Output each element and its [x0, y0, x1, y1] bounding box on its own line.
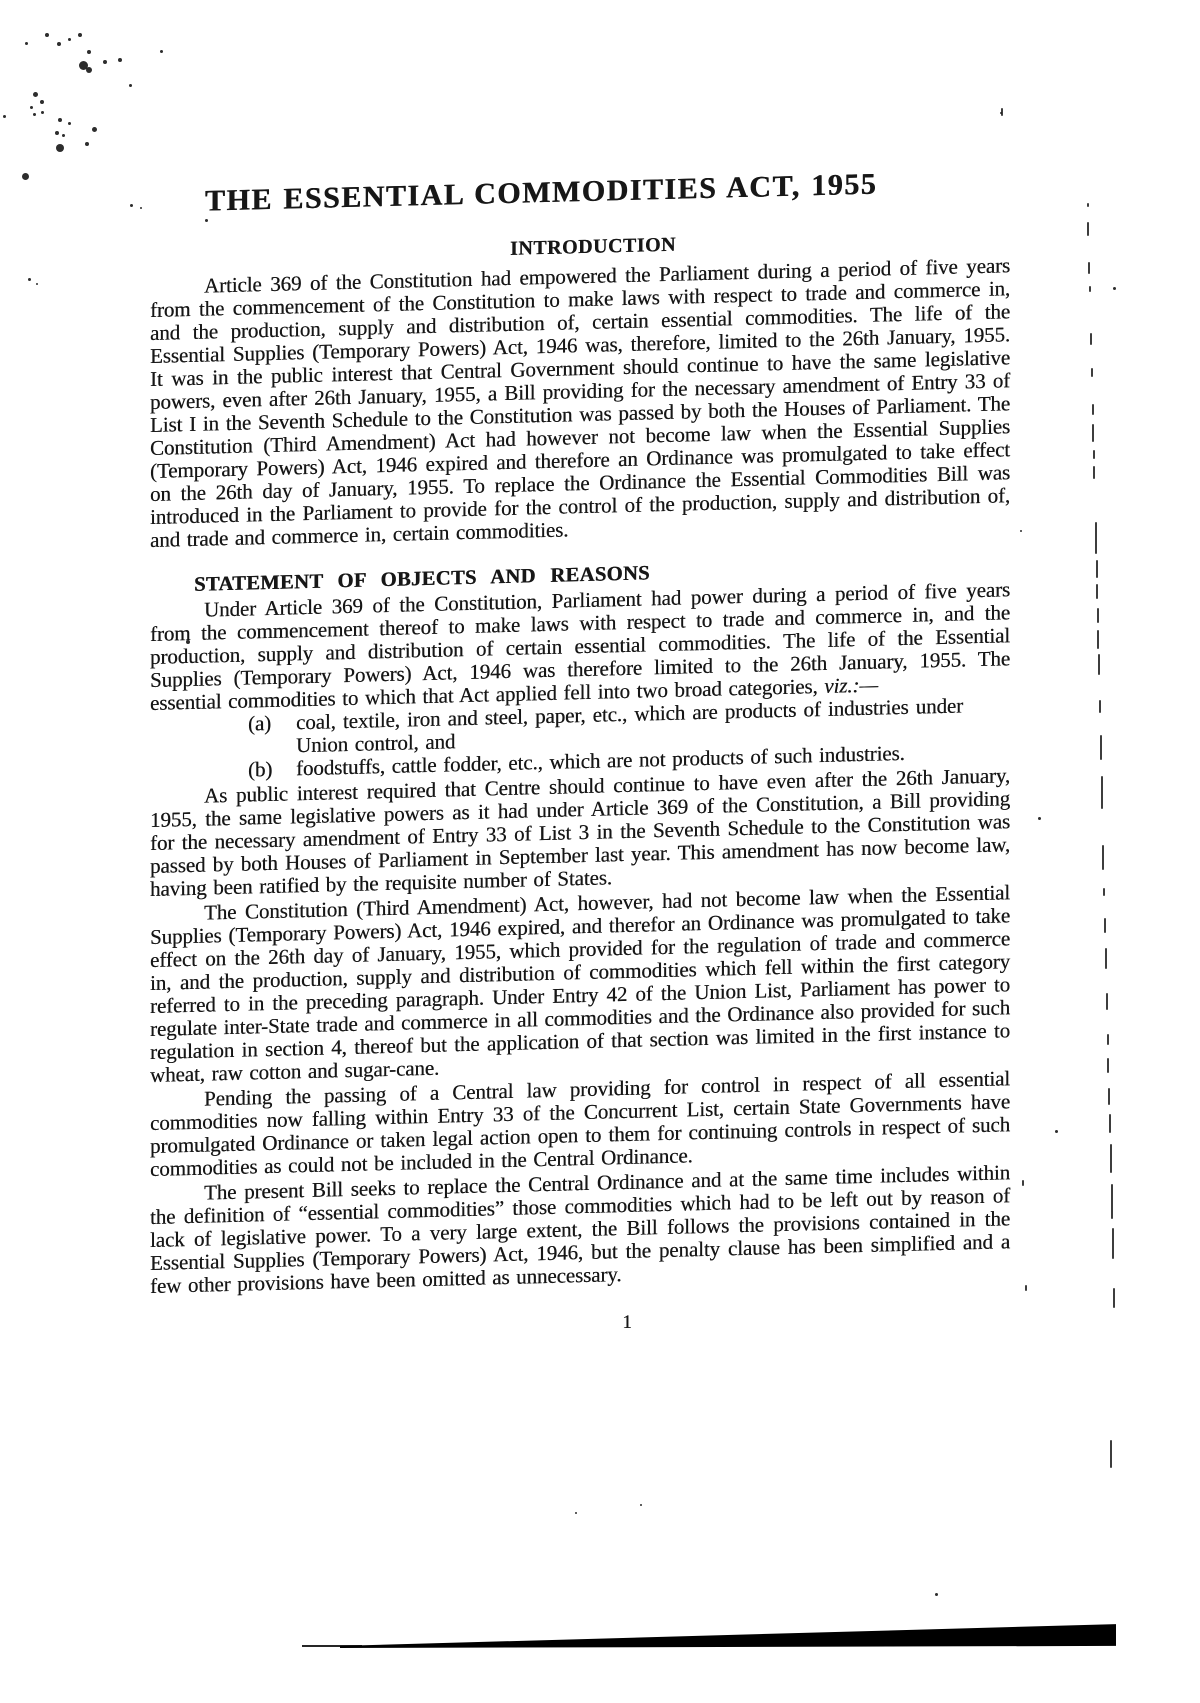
scan-edge-mark: [1111, 1184, 1113, 1219]
scan-edge-mark: [1104, 918, 1106, 933]
scan-black-wedge: [340, 1622, 1116, 1648]
statement-paragraph-2: As public interest required that Centre …: [150, 764, 1010, 901]
ink-speck: [68, 38, 71, 41]
scan-edge-mark: [1107, 1058, 1109, 1073]
scan-edge-mark: [1113, 1288, 1115, 1308]
scan-edge-mark: [1096, 560, 1098, 578]
scan-edge-mark: [1106, 993, 1108, 1010]
scan-edge-mark: [1105, 948, 1107, 969]
ink-speck: [56, 144, 64, 152]
scan-black-wedge-tail: [302, 1645, 362, 1647]
scan-edge-mark: [1097, 608, 1099, 623]
ink-speck: [41, 111, 44, 114]
ink-speck: [140, 207, 142, 209]
ink-speck: [92, 127, 97, 132]
scan-edge-mark: [1107, 1034, 1109, 1045]
viz-label: viz.:—: [824, 673, 878, 698]
scan-edge-mark: [1092, 424, 1094, 442]
ink-speck: [129, 84, 132, 87]
ink-speck: [36, 283, 38, 285]
ink-speck: [103, 60, 107, 64]
scanned-document-page: THE ESSENTIAL COMMODITIES ACT, 1955 INTR…: [0, 0, 1200, 1703]
ink-speck: [1038, 817, 1041, 820]
scan-edge-mark: [1095, 522, 1097, 554]
scan-edge-mark: [1102, 845, 1104, 870]
ink-speck: [25, 42, 28, 45]
ink-speck: [68, 122, 71, 125]
ink-speck: [57, 42, 61, 46]
scan-edge-mark: [1110, 1144, 1112, 1173]
ink-speck: [33, 92, 38, 97]
scan-edge-mark: [1109, 1114, 1111, 1133]
scan-edge-mark: [1087, 222, 1089, 236]
statement-paragraph-1-text: Under Article 369 of the Constitution, P…: [150, 577, 1010, 715]
statement-paragraph-3: The Constitution (Third Amendment) Act, …: [150, 881, 1010, 1087]
ink-speck: [85, 142, 89, 146]
scan-edge-mark: [1093, 466, 1095, 479]
document-content: THE ESSENTIAL COMMODITIES ACT, 1955 INTR…: [150, 162, 1010, 1346]
ink-speck: [40, 100, 44, 104]
scan-edge-mark: [1025, 1285, 1027, 1291]
ink-speck: [22, 173, 29, 180]
scan-edge-mark: [1091, 368, 1093, 377]
ink-speck: [935, 1593, 938, 1596]
list-item-a-marker: (a): [248, 711, 296, 758]
ink-speck: [186, 640, 190, 644]
scan-edge-mark: [1108, 1088, 1110, 1105]
ink-speck: [33, 113, 36, 116]
scan-edge-mark: [1001, 108, 1003, 116]
scan-edge-mark: [1087, 203, 1089, 207]
scan-edge-mark: [1098, 654, 1100, 675]
ink-speck: [55, 131, 59, 135]
ink-speck: [78, 33, 82, 37]
scan-edge-mark: [1110, 1440, 1112, 1468]
page-number: 1: [150, 1302, 1010, 1346]
ink-speck: [575, 1512, 577, 1514]
ink-speck: [205, 219, 208, 222]
ink-speck: [1055, 1130, 1058, 1133]
ink-speck: [28, 278, 31, 281]
scan-edge-mark: [1089, 286, 1091, 292]
scan-edge-mark: [1100, 735, 1102, 760]
scan-edge-mark: [1090, 333, 1092, 345]
ink-speck: [45, 33, 49, 37]
statement-paragraph-5: The present Bill seeks to replace the Ce…: [150, 1161, 1010, 1298]
introduction-paragraph: Article 369 of the Constitution had empo…: [150, 254, 1010, 552]
ink-speck: [58, 118, 62, 122]
scan-edge-mark: [1099, 700, 1101, 713]
scan-edge-mark: [1097, 630, 1099, 649]
scan-edge-mark: [1112, 1228, 1114, 1259]
scan-edge-mark: [1092, 404, 1094, 415]
ink-speck: [640, 1504, 642, 1506]
list-item-b-marker: (b): [248, 757, 296, 781]
ink-speck: [86, 67, 92, 73]
ink-speck: [1113, 287, 1116, 290]
scan-edge-mark: [1022, 1180, 1024, 1186]
ink-speck: [1020, 530, 1022, 532]
ink-speck: [3, 115, 6, 118]
ink-speck: [62, 134, 65, 137]
scan-edge-mark: [1103, 888, 1105, 896]
scan-edge-mark: [1093, 450, 1095, 459]
ink-speck: [87, 50, 91, 54]
ink-speck: [130, 204, 133, 207]
ink-speck: [30, 106, 33, 109]
ink-speck: [160, 50, 163, 53]
scan-edge-mark: [1101, 776, 1103, 809]
scan-edge-mark: [1088, 262, 1090, 274]
scan-edge-mark: [1096, 584, 1098, 599]
document-title: THE ESSENTIAL COMMODITIES ACT, 1955: [150, 162, 1010, 222]
ink-speck: [118, 58, 122, 62]
